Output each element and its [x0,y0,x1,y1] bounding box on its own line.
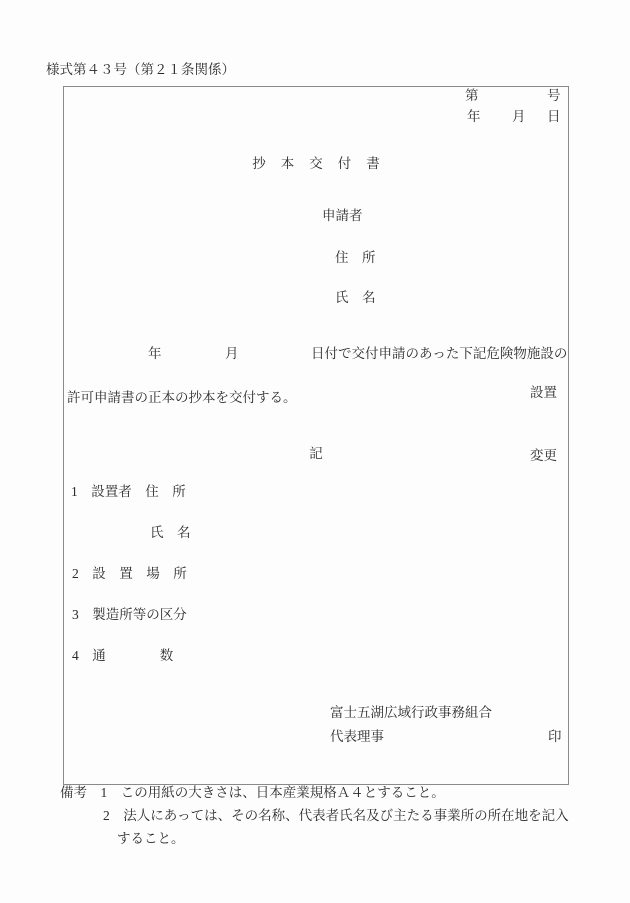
stack-top-label: 設置 [530,382,557,403]
seal-placeholder: 印 [548,730,562,744]
list-item-4-number-of-copies: 4 通 数 [72,649,173,663]
list-item-1-installer-address: 1 設置者 住 所 [71,485,186,499]
applicant-address-label: 住 所 [335,251,376,265]
remarks-line-3: すること。 [117,832,185,846]
signature-representative: 代表理事 [330,730,384,744]
setti-henkou-stack: 設置 変更 [530,340,557,508]
body-sentence-part1: 日付で交付申請のあった下記危険物施設の [311,347,567,361]
body-year-label: 年 [148,347,162,361]
date-month-label: 月 [512,110,526,124]
body-month-label: 月 [225,347,239,361]
document-title: 抄本交付書 [64,152,568,172]
doc-number-prefix-label: 第 [465,89,479,103]
ki-heading: 記 [64,442,568,462]
document-page: 様式第４３号（第２１条関係） 第 号 年 月 日 抄本交付書 申請者 住 所 氏… [0,0,630,903]
remarks-line-1: 備考 1 この用紙の大きさは、日本産業規格Ａ４とすること。 [60,786,445,800]
applicant-name-label: 氏 名 [335,291,376,305]
list-item-3-facility-category: 3 製造所等の区分 [72,608,187,622]
form-border-box: 第 号 年 月 日 抄本交付書 申請者 住 所 氏 名 年 月 日付で交付申請の… [63,86,569,785]
form-number-label: 様式第４３号（第２１条関係） [46,63,235,77]
applicant-label: 申請者 [322,209,363,223]
date-day-label: 日 [547,110,561,124]
signature-organization: 富士五湖広域行政事務組合 [330,706,492,720]
remarks-line-2: 2 法人にあっては、その名称、代表者氏名及び主たる事業所の所在地を記入 [103,809,569,823]
list-item-1-installer-name: 氏 名 [150,526,191,540]
date-year-label: 年 [467,110,481,124]
list-item-2-location: 2 設 置 場 所 [72,567,187,581]
doc-number-suffix-label: 号 [547,89,561,103]
body-sentence-part2: 許可申請書の正本の抄本を交付する。 [67,391,297,405]
